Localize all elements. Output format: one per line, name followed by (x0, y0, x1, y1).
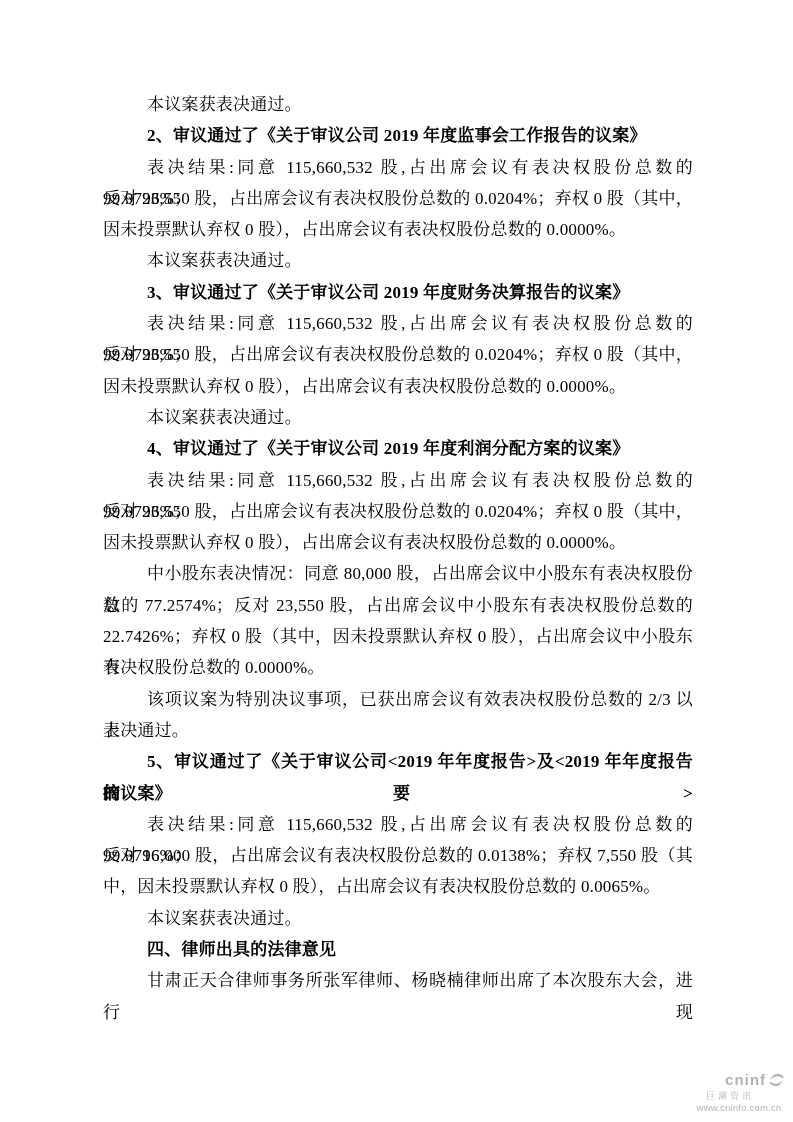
text-line: 甘肃正天合律师事务所张军律师、杨晓楠律师出席了本次股东大会，进行现 (103, 965, 693, 996)
text-line: 表决结果:同意 115,660,532 股,占出席会议有表决权股份总数的 99.… (103, 152, 693, 183)
text-line: 本议案获表决通过。 (103, 89, 693, 120)
heading-line: 四、律师出具的法律意见 (103, 934, 693, 965)
heading-line: 3、审议通过了《关于审议公司 2019 年度财务决算报告的议案》 (103, 277, 693, 308)
text-line: 本议案获表决通过。 (103, 402, 693, 433)
text-line: 表决结果:同意 115,660,532 股,占出席会议有表决权股份总数的 99.… (103, 465, 693, 496)
text-line: 表决结果:同意 115,660,532 股,占出席会议有表决权股份总数的 99.… (103, 809, 693, 840)
text-line: 中，因未投票默认弃权 0 股），占出席会议有表决权股份总数的 0.0065%。 (103, 871, 693, 902)
text-line: 数的 77.2574%；反对 23,550 股，占出席会议中小股东有表决权股份总… (103, 590, 693, 621)
text-line: 反对 16,000 股，占出席会议有表决权股份总数的 0.0138%；弃权 7,… (103, 840, 693, 871)
text-line: 表决结果:同意 115,660,532 股,占出席会议有表决权股份总数的 99.… (103, 308, 693, 339)
cninfo-logo-url: www.cninfo.com.cn (691, 1103, 787, 1114)
cninfo-swirl-icon (768, 1072, 785, 1088)
text-line: 表决权股份总数的 0.0000%。 (103, 652, 693, 683)
cninfo-logo-subtitle: 巨潮资讯 (691, 1089, 787, 1102)
document-page: 本议案获表决通过。2、审议通过了《关于审议公司 2019 年度监事会工作报告的议… (0, 0, 793, 1122)
text-line: 反对 23,550 股，占出席会议有表决权股份总数的 0.0204%；弃权 0 … (103, 496, 693, 527)
heading-line: 4、审议通过了《关于审议公司 2019 年度利润分配方案的议案》 (103, 433, 693, 464)
heading-line: 2、审议通过了《关于审议公司 2019 年度监事会工作报告的议案》 (103, 120, 693, 151)
text-line: 本议案获表决通过。 (103, 245, 693, 276)
text-line: 反对 23,550 股，占出席会议有表决权股份总数的 0.0204%；弃权 0 … (103, 183, 693, 214)
text-line: 表决通过。 (103, 715, 693, 746)
document-content: 本议案获表决通过。2、审议通过了《关于审议公司 2019 年度监事会工作报告的议… (103, 89, 693, 997)
text-line: 22.7426%；弃权 0 股（其中，因未投票默认弃权 0 股），占出席会议中小… (103, 621, 693, 652)
text-line: 反对 23,550 股，占出席会议有表决权股份总数的 0.0204%；弃权 0 … (103, 339, 693, 370)
text-line: 因未投票默认弃权 0 股），占出席会议有表决权股份总数的 0.0000%。 (103, 527, 693, 558)
text-line: 中小股东表决情况：同意 80,000 股，占出席会议中小股东有表决权股份总 (103, 558, 693, 589)
text-line: 因未投票默认弃权 0 股），占出席会议有表决权股份总数的 0.0000%。 (103, 214, 693, 245)
text-line: 因未投票默认弃权 0 股），占出席会议有表决权股份总数的 0.0000%。 (103, 371, 693, 402)
heading-line: 5、审议通过了《关于审议公司<2019 年年度报告>及<2019 年年度报告摘要… (103, 746, 693, 777)
cninfo-logo-row: cninf (691, 1072, 787, 1088)
cninfo-logo-text: cninf (725, 1073, 766, 1088)
text-line: 本议案获表决通过。 (103, 903, 693, 934)
cninfo-logo: cninf 巨潮资讯 www.cninfo.com.cn (691, 1072, 787, 1114)
text-line: 该项议案为特别决议事项，已获出席会议有效表决权股份总数的 2/3 以上 (103, 684, 693, 715)
